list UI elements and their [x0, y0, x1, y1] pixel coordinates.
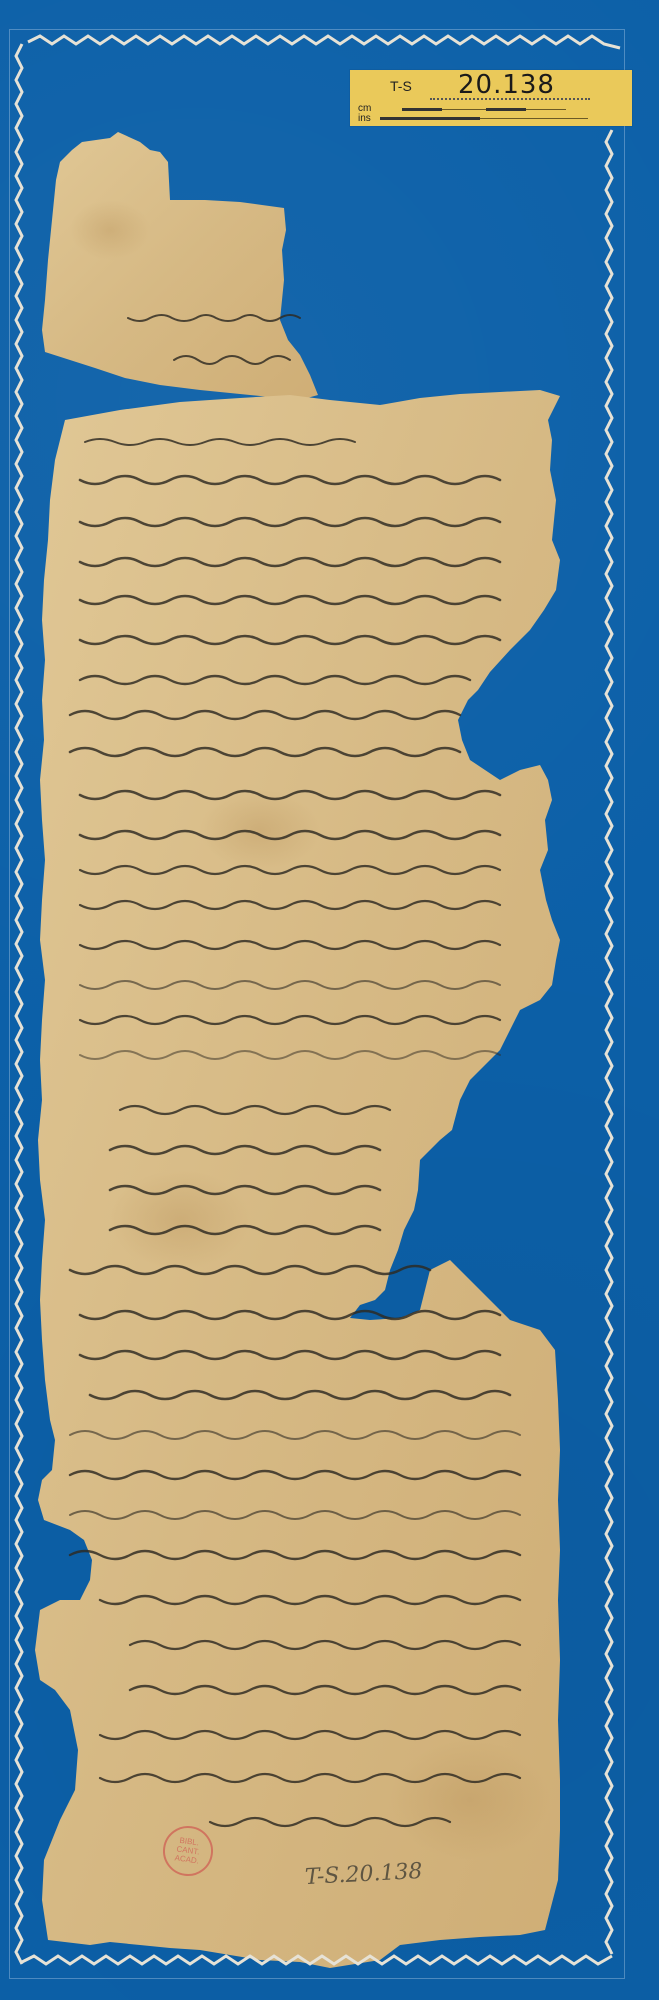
- scale-bar-ins-light: [480, 118, 588, 119]
- stitching-left: [16, 44, 22, 1964]
- scale-bar-cm: [402, 108, 442, 111]
- collection-code: T-S: [390, 78, 412, 94]
- manuscript-fragment: [0, 0, 659, 2000]
- scale-ins-label: ins: [358, 113, 371, 124]
- shelfmark-number: 20.138: [458, 70, 555, 100]
- scale-bar-cm-light: [442, 109, 486, 110]
- scale-bar-ins: [380, 117, 480, 120]
- fragment-main-body: [35, 390, 560, 1968]
- stitching-top: [28, 36, 620, 48]
- dotted-line: [430, 98, 590, 100]
- fragment-top-piece: [42, 132, 318, 400]
- scale-bar-cm-2: [486, 108, 526, 111]
- shelfmark-label: T-S 20.138 cm ins: [350, 70, 632, 126]
- stitching-right: [606, 130, 612, 1954]
- scale-bar-cm-light-2: [526, 109, 566, 110]
